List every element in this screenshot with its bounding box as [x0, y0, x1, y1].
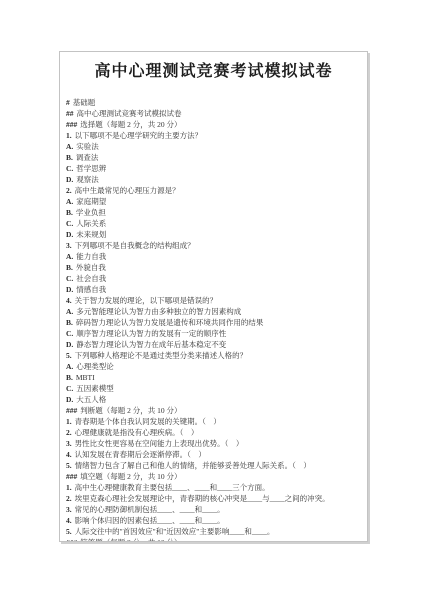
line-text: 认知发展在青春期后会逐渐停滞。（ ）	[75, 450, 206, 459]
document-line: 1.高中生心理健康教育主要包括____、____和____三个方面。	[66, 482, 361, 493]
document-line: C.顺序智力理论认为智力的发展有一定的顺序性	[66, 328, 361, 339]
line-marker: 2.	[66, 186, 72, 195]
line-text: 人际交往中的"首因效应"和"近因效应"主要影响____和____。	[75, 527, 275, 536]
line-marker: C.	[66, 219, 73, 228]
document-line: ##高中心理测试竞赛考试模拟试卷	[66, 108, 361, 119]
line-text: 基础题	[73, 98, 96, 107]
line-marker: B.	[66, 263, 73, 272]
line-text: 人际关系	[76, 219, 106, 228]
line-text: 判断题（每题 2 分，共 10 分）	[80, 406, 181, 415]
document-canvas: 高中心理测试竞赛考试模拟试卷 #基础题##高中心理测试竞赛考试模拟试卷###选择…	[0, 0, 424, 600]
line-marker: 3.	[66, 241, 72, 250]
line-text: 心理健康就是指没有心理疾病。（ ）	[75, 428, 199, 437]
line-text: 情感自我	[76, 285, 106, 294]
document-line: C.哲学思辨	[66, 163, 361, 174]
line-text: 观察法	[76, 175, 99, 184]
document-line: C.人际关系	[66, 218, 361, 229]
line-marker: A.	[66, 197, 73, 206]
document-line: A.心理类型论	[66, 361, 361, 372]
document-line: 5.情绪智力包含了解自己和他人的情绪，并能够妥善处理人际关系。（ ）	[66, 460, 361, 471]
line-marker: B.	[66, 153, 73, 162]
line-text: 家庭期望	[76, 197, 106, 206]
line-text: 高中生心理健康教育主要包括____、____和____三个方面。	[75, 483, 270, 492]
line-marker: ###	[66, 538, 77, 542]
line-marker: 1.	[66, 483, 72, 492]
document-line: ###判断题（每题 2 分，共 10 分）	[66, 405, 361, 416]
line-text: 青春期是个体自我认同发展的关键期。（ ）	[75, 417, 221, 426]
line-text: 大五人格	[76, 395, 106, 404]
line-text: 填空题（每题 2 分，共 10 分）	[80, 472, 181, 481]
document-line: A.家庭期望	[66, 196, 361, 207]
exam-title: 高中心理测试竞赛考试模拟试卷	[66, 61, 361, 83]
line-text: 埃里克森心理社会发展理论中，青春期的核心冲突是____与____之间的冲突。	[75, 494, 330, 503]
line-marker: 1.	[66, 131, 72, 140]
line-marker: D.	[66, 340, 73, 349]
document-line: ###选择题（每题 2 分，共 20 分）	[66, 119, 361, 130]
line-text: 未来规划	[76, 230, 106, 239]
document-line: D.观察法	[66, 174, 361, 185]
document-line: D.大五人格	[66, 394, 361, 405]
line-text: 多元智能理论认为智力由多种独立的智力因素构成	[76, 307, 241, 316]
line-text: 学业负担	[76, 208, 106, 217]
line-text: 关于智力发展的理论，以下哪项是错误的？	[75, 296, 218, 305]
line-text: 社会自我	[76, 274, 106, 283]
line-text: 调查法	[76, 153, 99, 162]
line-text: 下列哪项不是自我概念的结构组成？	[75, 241, 195, 250]
line-text: 哲学思辨	[76, 164, 106, 173]
markdown-content: #基础题##高中心理测试竞赛考试模拟试卷###选择题（每题 2 分，共 20 分…	[66, 97, 361, 542]
exam-paper: 高中心理测试竞赛考试模拟试卷 #基础题##高中心理测试竞赛考试模拟试卷###选择…	[59, 51, 368, 542]
document-line: 4.认知发展在青春期后会逐渐停滞。（ ）	[66, 449, 361, 460]
line-marker: C.	[66, 329, 73, 338]
document-line: 2.高中生最常见的心理压力源是？	[66, 185, 361, 196]
line-marker: 4.	[66, 450, 72, 459]
document-line: 3.下列哪项不是自我概念的结构组成？	[66, 240, 361, 251]
line-marker: 1.	[66, 417, 72, 426]
line-marker: A.	[66, 252, 73, 261]
line-text: 情绪智力包含了解自己和他人的情绪，并能够妥善处理人际关系。（ ）	[75, 461, 311, 470]
line-marker: ###	[66, 120, 77, 129]
line-text: 高中心理测试竞赛考试模拟试卷	[77, 109, 182, 118]
line-marker: D.	[66, 230, 73, 239]
line-marker: C.	[66, 164, 73, 173]
line-text: 简答题（每题 2 分，共 10 分）	[80, 538, 181, 542]
line-marker: ##	[66, 109, 74, 118]
line-marker: 5.	[66, 527, 72, 536]
document-line: 4.影响个体归因的因素包括____、____和____。	[66, 515, 361, 526]
line-marker: B.	[66, 318, 73, 327]
line-marker: 2.	[66, 428, 72, 437]
line-marker: A.	[66, 142, 73, 151]
document-line: 5.下列哪种人格理论不是通过类型分类来描述人格的？	[66, 350, 361, 361]
document-line: C.社会自我	[66, 273, 361, 284]
line-text: 顺序智力理论认为智力的发展有一定的顺序性	[76, 329, 226, 338]
line-marker: D.	[66, 285, 73, 294]
document-line: 1.青春期是个体自我认同发展的关键期。（ ）	[66, 416, 361, 427]
line-text: 静态智力理论认为智力在成年后基本稳定不变	[76, 340, 226, 349]
line-marker: B.	[66, 208, 73, 217]
line-text: 影响个体归因的因素包括____、____和____。	[75, 516, 225, 525]
line-text: 下列哪种人格理论不是通过类型分类来描述人格的？	[75, 351, 248, 360]
line-marker: 5.	[66, 351, 72, 360]
line-text: 常见的心理防御机制包括____、____和____。	[75, 505, 225, 514]
line-text: 以下哪项不是心理学研究的主要方法？	[75, 131, 203, 140]
line-text: 高中生最常见的心理压力源是？	[75, 186, 180, 195]
line-marker: 4.	[66, 516, 72, 525]
document-line: 2.心理健康就是指没有心理疾病。（ ）	[66, 427, 361, 438]
line-marker: C.	[66, 274, 73, 283]
line-marker: B.	[66, 373, 73, 382]
document-line: 5.人际交往中的"首因效应"和"近因效应"主要影响____和____。	[66, 526, 361, 537]
line-marker: D.	[66, 175, 73, 184]
line-marker: D.	[66, 395, 73, 404]
document-line: ###填空题（每题 2 分，共 10 分）	[66, 471, 361, 482]
line-text: 选择题（每题 2 分，共 20 分）	[80, 120, 181, 129]
line-text: 外貌自我	[76, 263, 106, 272]
document-line: B.外貌自我	[66, 262, 361, 273]
line-marker: 5.	[66, 461, 72, 470]
document-line: 2.埃里克森心理社会发展理论中，青春期的核心冲突是____与____之间的冲突。	[66, 493, 361, 504]
document-line: A.多元智能理论认为智力由多种独立的智力因素构成	[66, 306, 361, 317]
line-marker: ###	[66, 406, 77, 415]
document-line: ###简答题（每题 2 分，共 10 分）	[66, 537, 361, 542]
document-line: B.学业负担	[66, 207, 361, 218]
document-line: 3.常见的心理防御机制包括____、____和____。	[66, 504, 361, 515]
document-line: 4.关于智力发展的理论，以下哪项是错误的？	[66, 295, 361, 306]
line-text: 实验法	[76, 142, 99, 151]
document-line: #基础题	[66, 97, 361, 108]
line-marker: 4.	[66, 296, 72, 305]
line-text: 五因素模型	[76, 384, 114, 393]
line-text: MBTI	[76, 373, 95, 382]
line-marker: A.	[66, 362, 73, 371]
document-line: 1.以下哪项不是心理学研究的主要方法？	[66, 130, 361, 141]
document-line: B.调查法	[66, 152, 361, 163]
line-marker: A.	[66, 307, 73, 316]
line-marker: C.	[66, 384, 73, 393]
line-marker: #	[66, 98, 70, 107]
document-line: D.情感自我	[66, 284, 361, 295]
line-text: 心理类型论	[76, 362, 114, 371]
document-line: C.五因素模型	[66, 383, 361, 394]
line-text: 能力自我	[76, 252, 106, 261]
document-line: B.碎码智力理论认为智力发展是遗传和环境共同作用的结果	[66, 317, 361, 328]
line-marker: ###	[66, 472, 77, 481]
line-marker: 3.	[66, 439, 72, 448]
line-text: 碎码智力理论认为智力发展是遗传和环境共同作用的结果	[76, 318, 264, 327]
document-line: D.未来规划	[66, 229, 361, 240]
document-line: B.MBTI	[66, 372, 361, 383]
document-line: A.能力自我	[66, 251, 361, 262]
line-text: 男性比女性更容易在空间能力上表现出优势。（ ）	[75, 439, 244, 448]
document-line: 3.男性比女性更容易在空间能力上表现出优势。（ ）	[66, 438, 361, 449]
line-marker: 3.	[66, 505, 72, 514]
document-line: A.实验法	[66, 141, 361, 152]
line-marker: 2.	[66, 494, 72, 503]
document-line: D.静态智力理论认为智力在成年后基本稳定不变	[66, 339, 361, 350]
